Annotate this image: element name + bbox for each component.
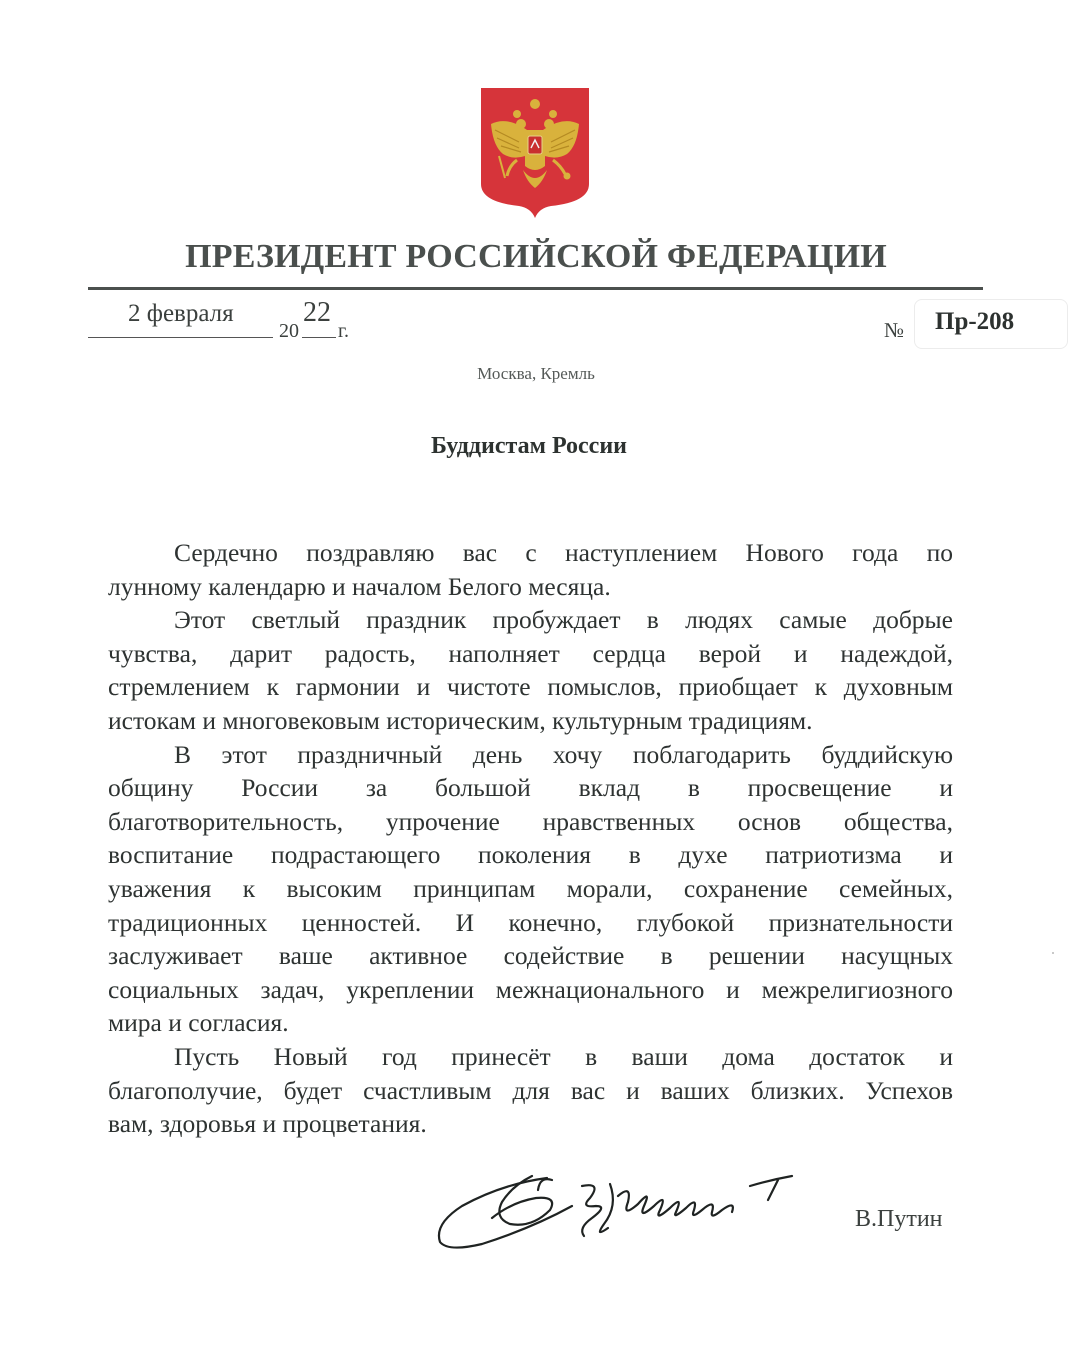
signature-icon <box>432 1166 797 1256</box>
paragraph-3: В этот праздничный день хочу поблагодари… <box>108 738 953 1040</box>
signer-name: В.Путин <box>855 1206 943 1233</box>
text-line: истокам и многовековым историческим, кул… <box>108 704 953 738</box>
text-line: вам, здоровья и процветания. <box>108 1107 953 1141</box>
text-line: уважения к высоким принципам морали, сох… <box>108 872 953 906</box>
handwritten-signature <box>432 1166 797 1256</box>
text-line: стремлением к гармонии и чистоте помысло… <box>108 670 953 704</box>
text-line: благополучие, будет счастливым для вас и… <box>108 1074 953 1108</box>
text-line: В этот праздничный день хочу поблагодари… <box>108 738 953 772</box>
place-of-issue: Москва, Кремль <box>0 364 1072 384</box>
document-number: Пр-208 <box>935 308 1014 336</box>
header-divider <box>88 287 983 290</box>
text-line: чувства, дарит радость, наполняет сердца… <box>108 637 953 671</box>
text-line: мира и согласия. <box>108 1006 953 1040</box>
text-line: воспитание подрастающего поколения в дух… <box>108 838 953 872</box>
double-headed-eagle-icon <box>479 86 591 218</box>
paragraph-4: Пусть Новый год принесёт в ваши дома дос… <box>108 1040 953 1141</box>
coat-of-arms-emblem <box>479 86 591 218</box>
year-abbrev: г. <box>338 320 349 343</box>
text-line: общину России за большой вклад в просвещ… <box>108 771 953 805</box>
date-underline <box>88 337 273 338</box>
text-line: заслуживает ваше активное содействие в р… <box>108 939 953 973</box>
paragraph-1: Сердечно поздравляю вас с наступлением Н… <box>108 536 953 603</box>
issuer-title: ПРЕЗИДЕНТ РОССИЙСКОЙ ФЕДЕРАЦИИ <box>0 238 1072 276</box>
text-line: лунному календарю и началом Белого месяц… <box>108 570 953 604</box>
text-line: Сердечно поздравляю вас с наступлением Н… <box>108 536 953 570</box>
document-number-label: № <box>884 318 904 343</box>
text-line: Пусть Новый год принесёт в ваши дома дос… <box>108 1040 953 1074</box>
text-line: традиционных ценностей. И конечно, глубо… <box>108 906 953 940</box>
text-line: благотворительность, упрочение нравствен… <box>108 805 953 839</box>
document-date: 2 февраля <box>128 300 234 328</box>
letter-body: Сердечно поздравляю вас с наступлением Н… <box>108 536 953 1141</box>
year-suffix: 22 <box>303 297 331 329</box>
text-line: Этот светлый праздник пробуждает в людях… <box>108 603 953 637</box>
paragraph-2: Этот светлый праздник пробуждает в людях… <box>108 603 953 737</box>
text-line: социальных задач, укреплении межнационал… <box>108 973 953 1007</box>
year-prefix: 20 <box>279 320 299 343</box>
scan-artifact <box>1052 952 1054 954</box>
addressee-heading: Буддистам России <box>0 433 1058 460</box>
year-underline <box>302 337 336 338</box>
